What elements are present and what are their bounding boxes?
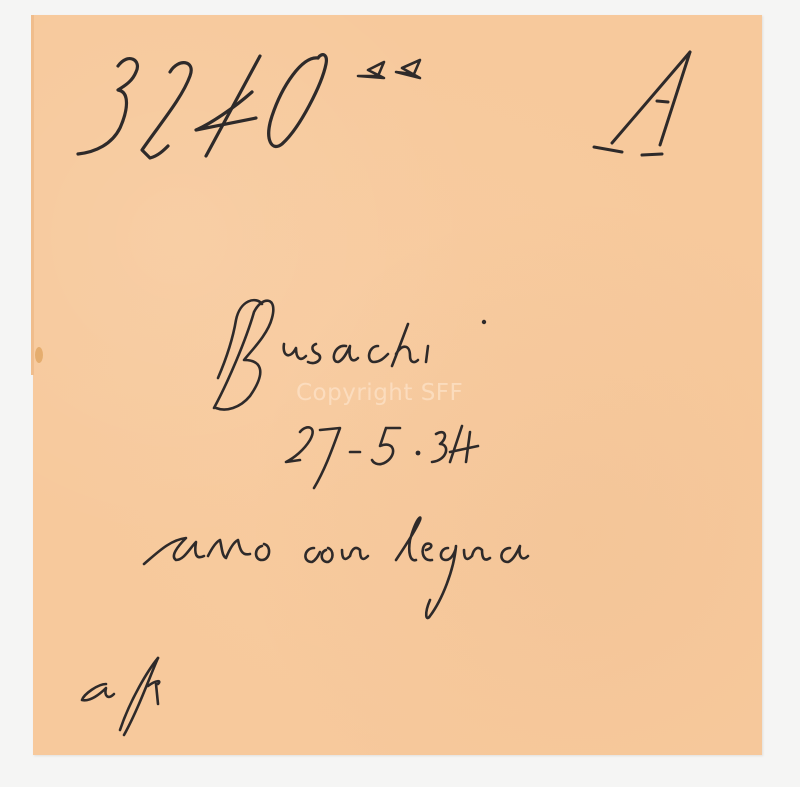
catalog-number: 3240 bbox=[72, 60, 255, 144]
scanned-document: 3240 ** A Busachi 27.5.34 carro con legn… bbox=[0, 0, 800, 787]
catalog-marks: ** bbox=[355, 52, 385, 87]
photographer-name: Busachi bbox=[214, 300, 455, 370]
category-letter: A bbox=[600, 60, 658, 153]
copyright-watermark: Copyright SFF bbox=[296, 380, 463, 406]
initials: aff bbox=[80, 672, 127, 713]
photo-date: 27.5.34 bbox=[284, 425, 421, 466]
photo-caption: carro con legna bbox=[144, 525, 462, 571]
